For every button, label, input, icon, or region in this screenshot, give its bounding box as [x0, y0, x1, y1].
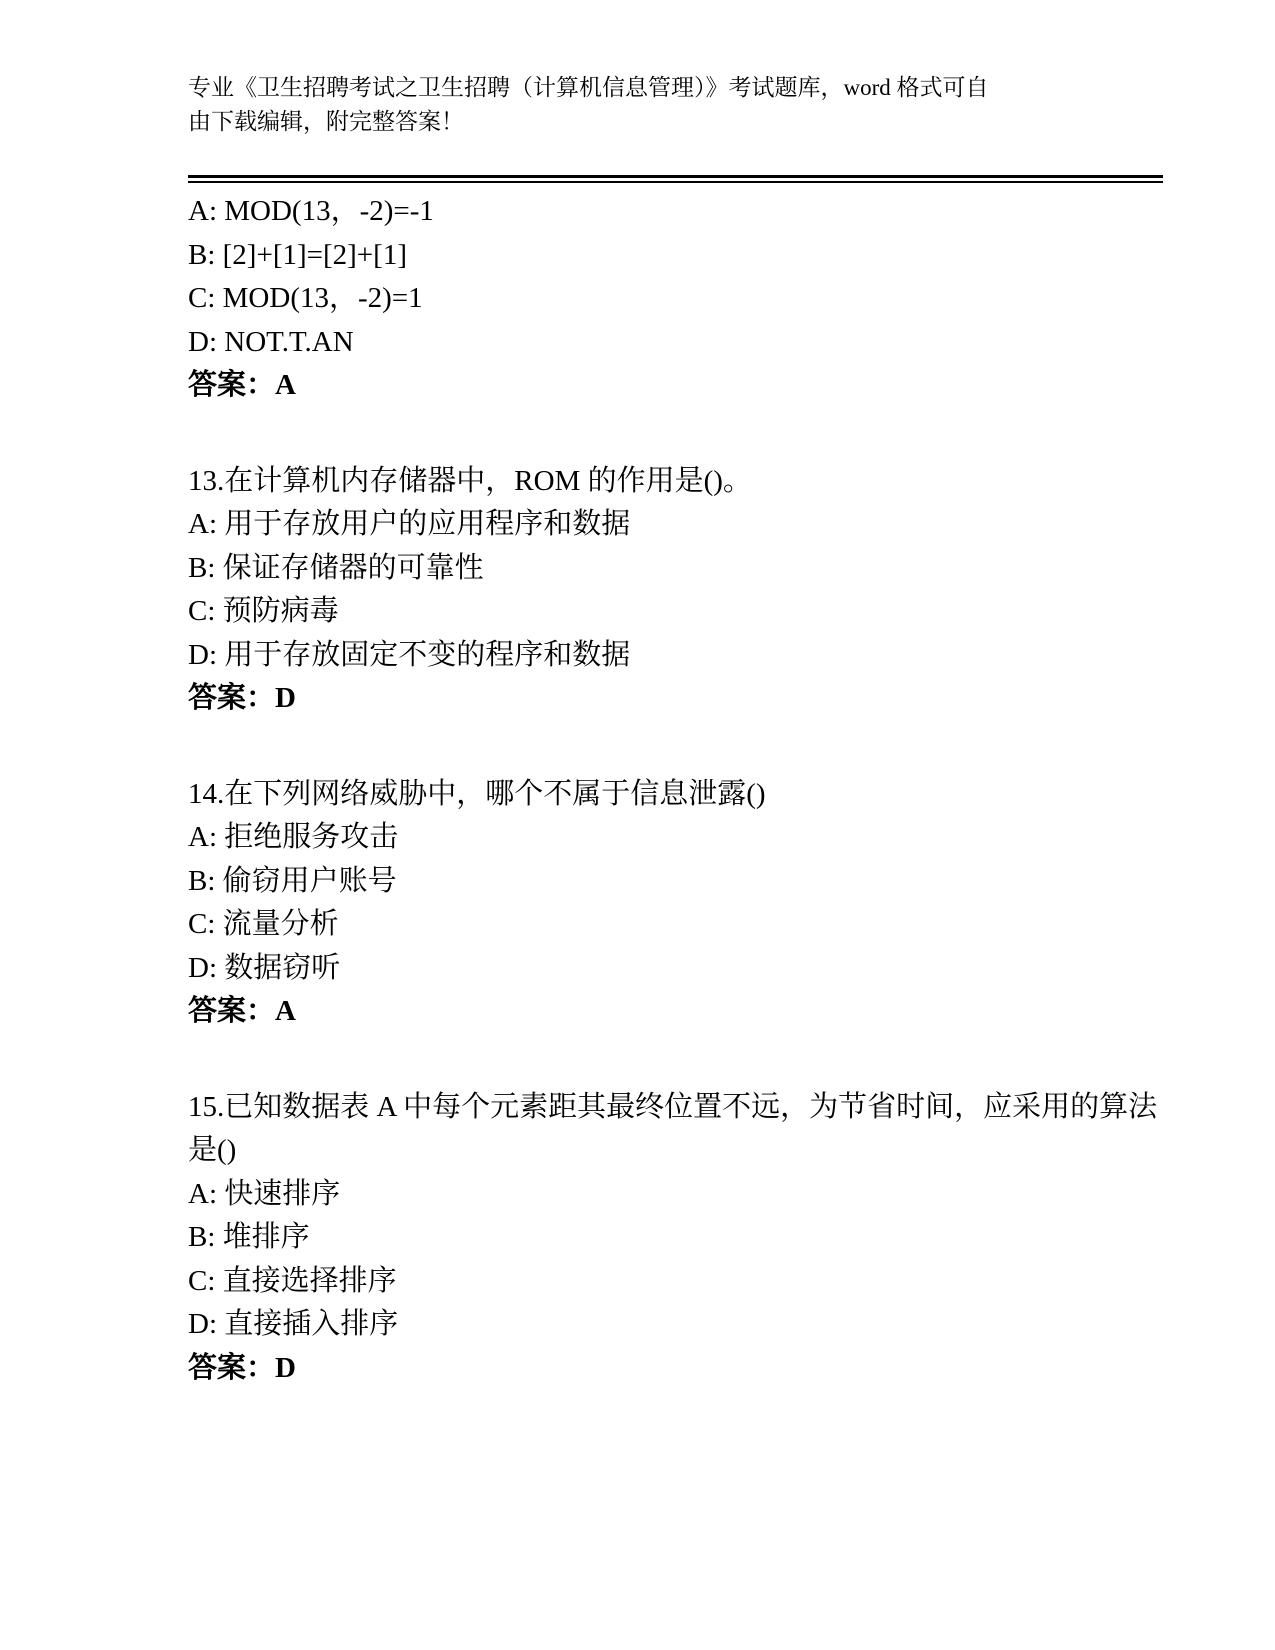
option: D: 数据窃听 [188, 947, 1165, 991]
header-text-line: 由下载编辑，附完整答案！ [188, 105, 1088, 139]
option: B: 保证存储器的可靠性 [188, 547, 1165, 591]
rule-top-line [188, 175, 1163, 178]
answer-text: 答案：A [188, 990, 1165, 1034]
option: A: 拒绝服务攻击 [188, 816, 1165, 860]
option: B: [2]+[1]=[2]+[1] [188, 234, 1165, 278]
header-text-line: 专业《卫生招聘考试之卫生招聘（计算机信息管理）》考试题库，word 格式可自 [188, 71, 1088, 105]
option: B: 偷窃用户账号 [188, 860, 1165, 904]
option: A: 快速排序 [188, 1173, 1165, 1217]
option: D: NOT.T.AN [188, 321, 1165, 365]
question-block-13: 13.在计算机内存储器中，ROM 的作用是()。 A: 用于存放用户的应用程序和… [188, 460, 1165, 721]
option: C: 流量分析 [188, 903, 1165, 947]
rule-bottom-line [188, 181, 1163, 183]
question-block-15: 15.已知数据表 A 中每个元素距其最终位置不远，为节省时间，应采用的算法是()… [188, 1086, 1165, 1391]
option: C: MOD(13，-2)=1 [188, 277, 1165, 321]
option: A: 用于存放用户的应用程序和数据 [188, 503, 1165, 547]
answer-text: 答案：D [188, 677, 1165, 721]
answer-text: 答案：D [188, 1347, 1165, 1391]
question-text: 14.在下列网络威胁中，哪个不属于信息泄露() [188, 773, 1165, 817]
option: C: 直接选择排序 [188, 1260, 1165, 1304]
document-header: 专业《卫生招聘考试之卫生招聘（计算机信息管理）》考试题库，word 格式可自 由… [188, 71, 1088, 139]
question-list: A: MOD(13，-2)=-1 B: [2]+[1]=[2]+[1] C: M… [188, 190, 1165, 1390]
option: C: 预防病毒 [188, 590, 1165, 634]
header-rule [188, 175, 1163, 183]
question-block-partial: A: MOD(13，-2)=-1 B: [2]+[1]=[2]+[1] C: M… [188, 190, 1165, 408]
option: D: 直接插入排序 [188, 1303, 1165, 1347]
document-page: 专业《卫生招聘考试之卫生招聘（计算机信息管理）》考试题库，word 格式可自 由… [0, 0, 1275, 1650]
question-block-14: 14.在下列网络威胁中，哪个不属于信息泄露() A: 拒绝服务攻击 B: 偷窃用… [188, 773, 1165, 1034]
option: B: 堆排序 [188, 1216, 1165, 1260]
question-text: 15.已知数据表 A 中每个元素距其最终位置不远，为节省时间，应采用的算法是() [188, 1086, 1165, 1173]
question-text: 13.在计算机内存储器中，ROM 的作用是()。 [188, 460, 1165, 504]
option: D: 用于存放固定不变的程序和数据 [188, 634, 1165, 678]
option: A: MOD(13，-2)=-1 [188, 190, 1165, 234]
answer-text: 答案：A [188, 364, 1165, 408]
